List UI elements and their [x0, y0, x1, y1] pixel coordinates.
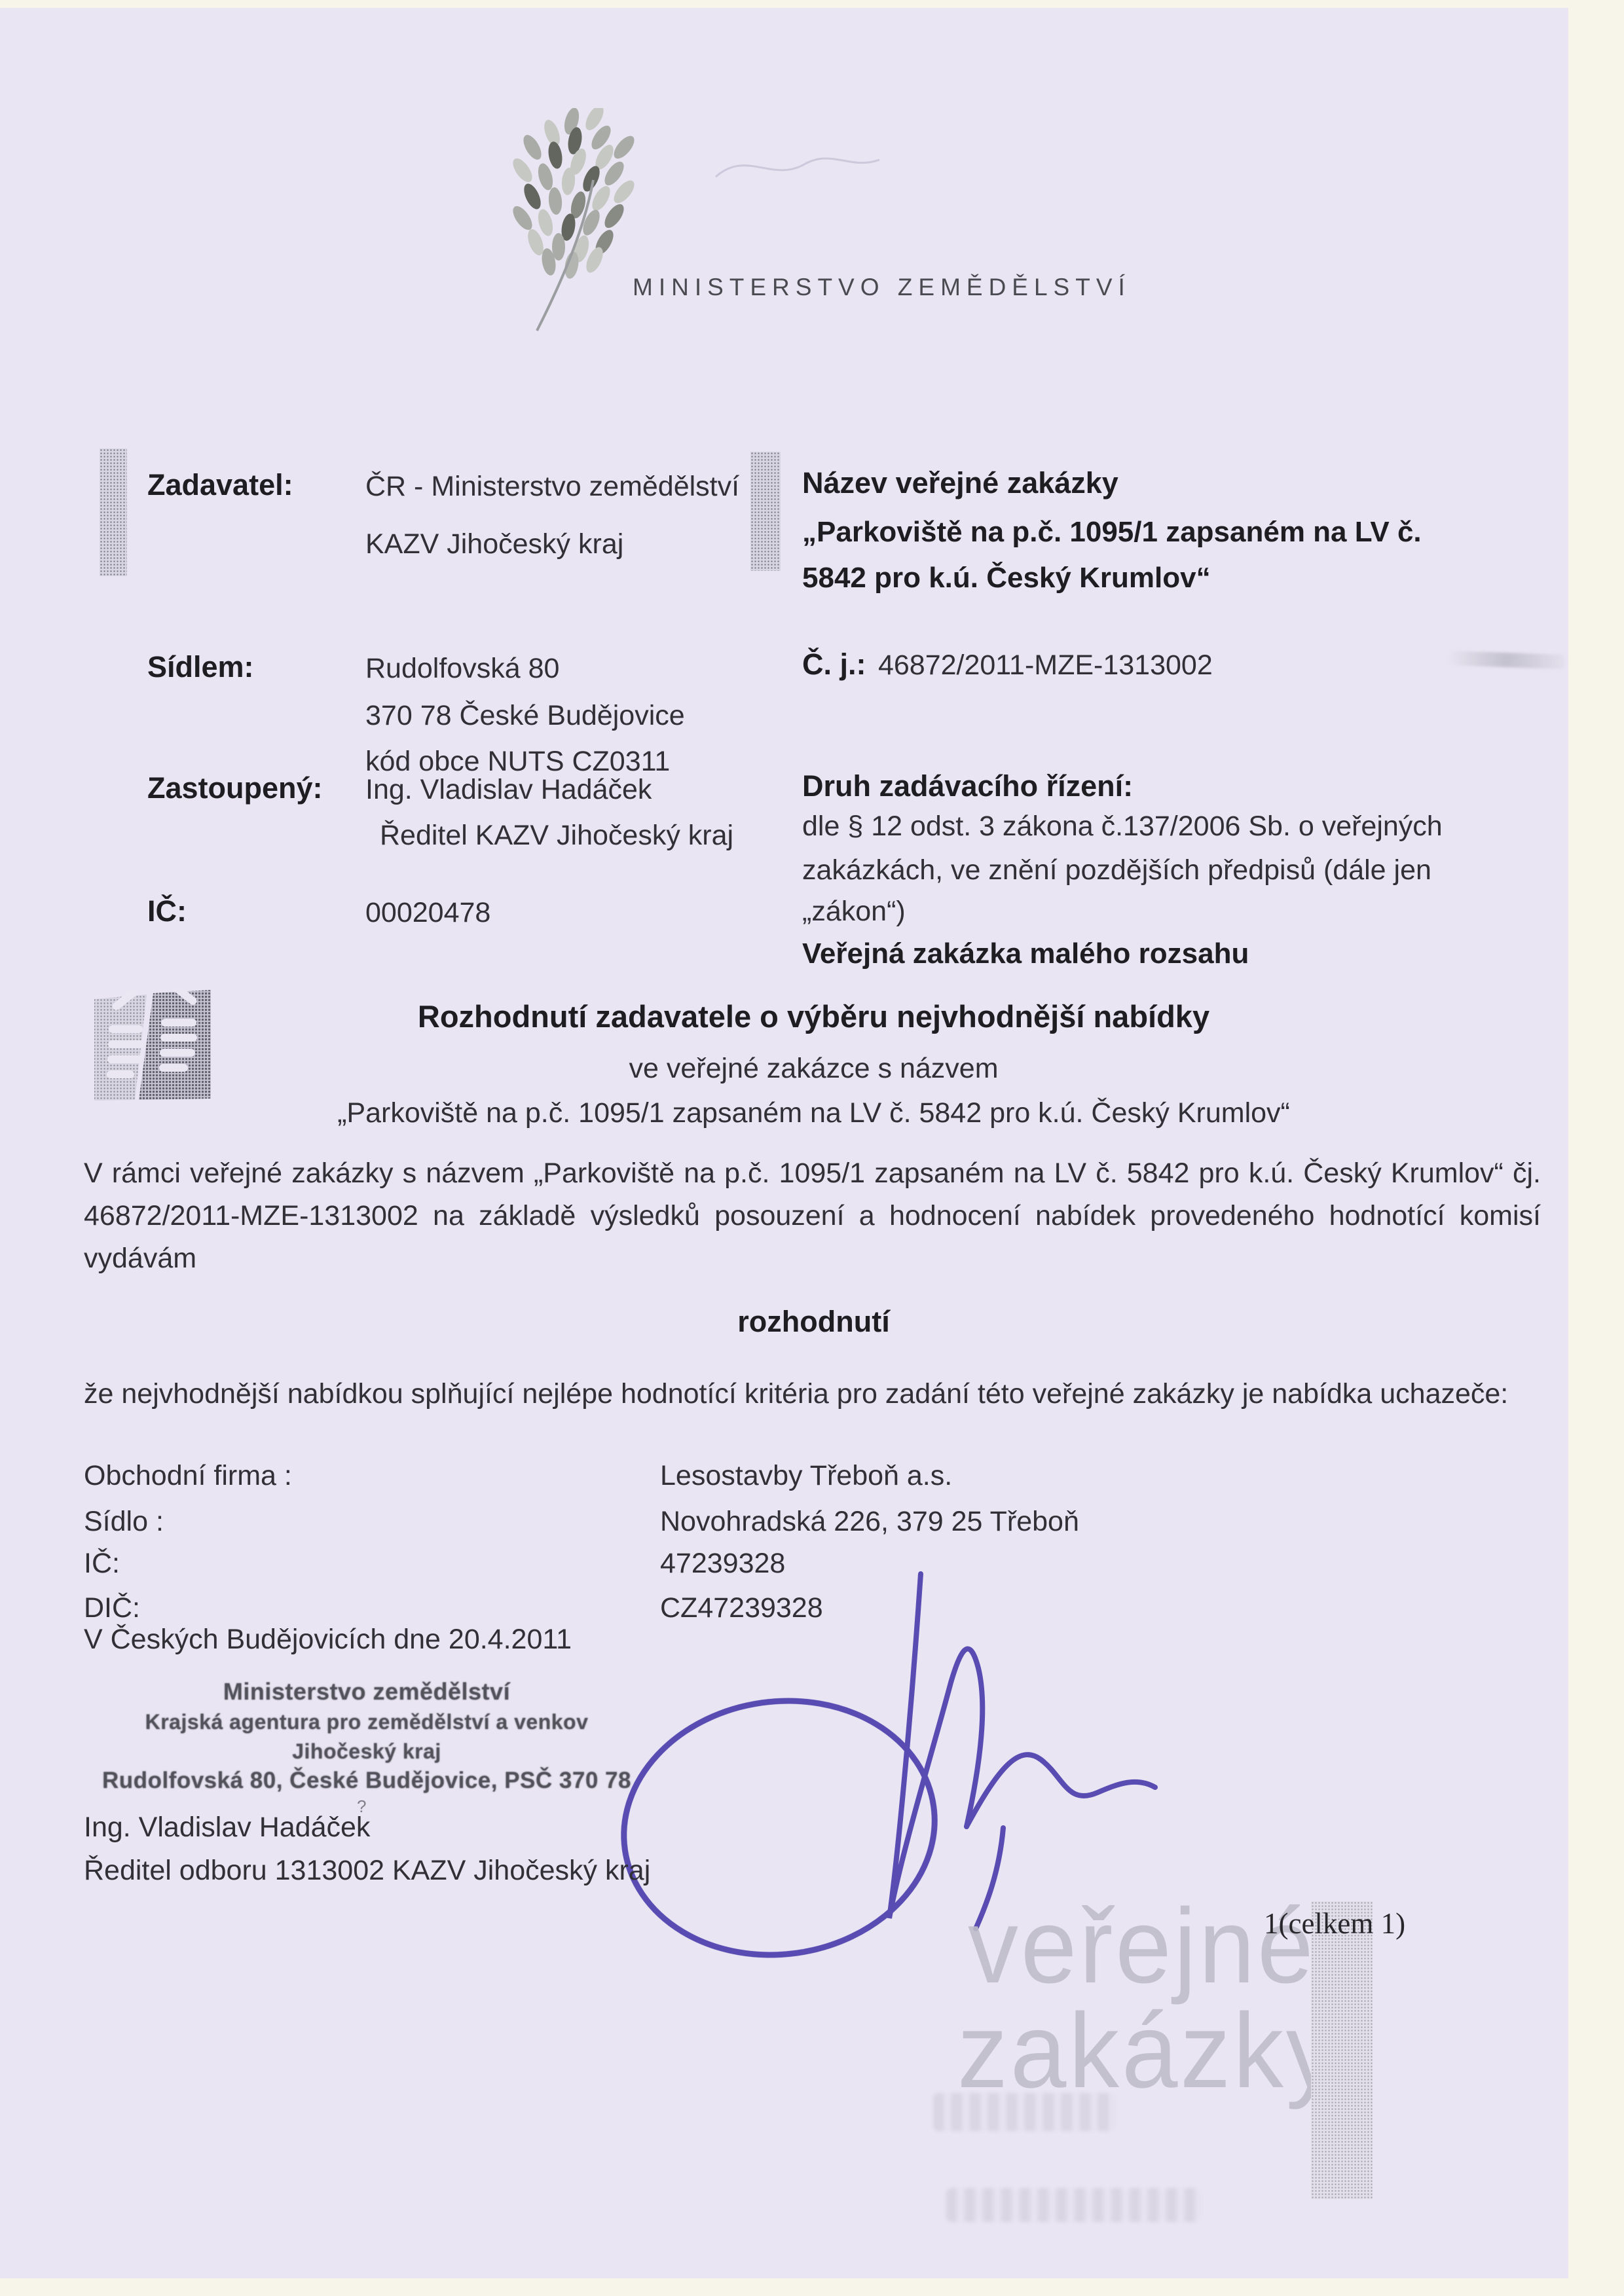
ministry-logo-text: MINISTERSTVO ZEMĚDĚLSTVÍ — [633, 274, 1131, 301]
zastoupeny-line: Ing. Vladislav Hadáček — [365, 774, 652, 806]
left-accent-bar — [100, 448, 127, 576]
ic-value: 00020478 — [365, 897, 490, 929]
stamp-line: Ministerstvo zemědělství — [101, 1678, 632, 1705]
winner-row-label: Sídlo : — [84, 1506, 164, 1538]
sidlem-line: Rudolfovská 80 — [365, 653, 559, 685]
druh-rizeni-label: Druh zadávacího řízení: — [802, 769, 1133, 803]
sidlem-label: Sídlem: — [147, 650, 254, 684]
sidlem-line: kód obce NUTS CZ0311 — [365, 746, 670, 778]
cj-label: Č. j.: — [802, 647, 866, 681]
place-date: V Českých Budějovicích dne 20.4.2011 — [84, 1624, 572, 1656]
scanned-document: { "header": { "logo_text": "MINISTERSTVO… — [0, 0, 1624, 2296]
sidlem-line: 370 78 České Budějovice — [365, 700, 685, 732]
ministry-tree-logo-icon — [509, 108, 640, 338]
ic-label: IČ: — [147, 894, 187, 928]
zastoupeny-line: Ředitel KAZV Jihočeský kraj — [380, 820, 733, 852]
signer-name: Ing. Vladislav Hadáček — [84, 1812, 370, 1844]
winner-row-label: Obchodní firma : — [84, 1460, 292, 1492]
winner-row-value: Lesostavby Třeboň a.s. — [660, 1460, 952, 1492]
druh-rizeni-line: dle § 12 odst. 3 zákona č.137/2006 Sb. o… — [802, 811, 1443, 843]
intro-paragraph: V rámci veřejné zakázky s názvem „Parkov… — [84, 1152, 1541, 1280]
verdict-word: rozhodnutí — [85, 1305, 1542, 1339]
stamp-line: Jihočeský kraj — [101, 1740, 632, 1764]
winner-row-label: DIČ: — [84, 1592, 140, 1624]
winner-row-value: Novohradská 226, 379 25 Třeboň — [660, 1506, 1079, 1538]
zadavatel-label: Zadavatel: — [147, 468, 293, 502]
stamp-line: Rudolfovská 80, České Budějovice, PSČ 37… — [101, 1768, 632, 1794]
watermark-bar — [1311, 1901, 1373, 2199]
right-accent-bar — [750, 452, 781, 571]
nazev-zakazky-line: „Parkoviště na p.č. 1095/1 zapsaném na L… — [802, 516, 1422, 549]
zastoupeny-label: Zastoupený: — [147, 771, 323, 805]
decision-title: Rozhodnutí zadavatele o výběru nejvhodně… — [85, 998, 1542, 1034]
cj-value: 46872/2011-MZE-1313002 — [878, 649, 1213, 681]
stamp-line: Krajská agentura pro zemědělství a venko… — [101, 1710, 632, 1734]
verdict-paragraph: že nejvhodnější nabídkou splňující nejlé… — [84, 1373, 1543, 1415]
winner-row-label: IČ: — [84, 1548, 120, 1580]
zadavatel-line: KAZV Jihočeský kraj — [365, 528, 623, 560]
zakazka-maleho-rozsahu: Veřejná zakázka malého rozsahu — [802, 938, 1249, 970]
nazev-zakazky-line: 5842 pro k.ú. Český Krumlov“ — [802, 562, 1211, 594]
signer-title: Ředitel odboru 1313002 KAZV Jihočeský kr… — [84, 1855, 650, 1887]
druh-rizeni-line: „zákon“) — [802, 896, 906, 928]
decision-subtitle: ve veřejné zakázce s názvem — [85, 1053, 1542, 1085]
druh-rizeni-line: zakázkách, ve znění pozdějších předpisů … — [802, 854, 1431, 886]
document-page: MINISTERSTVO ZEMĚDĚLSTVÍ Zadavatel: ČR -… — [0, 8, 1568, 2278]
faint-smudge — [933, 2093, 1116, 2131]
cislo-jednaci-row: Č. j.: 46872/2011-MZE-1313002 — [802, 647, 1213, 682]
decision-subject: „Parkoviště na p.č. 1095/1 zapsaném na L… — [85, 1097, 1542, 1129]
pencil-scribble-mark — [710, 145, 887, 191]
page-number: 1(celkem 1) — [1264, 1906, 1405, 1941]
zadavatel-line: ČR - Ministerstvo zemědělství — [365, 471, 739, 503]
nazev-zakazky-label: Název veřejné zakázky — [802, 466, 1118, 500]
edge-smudge — [1447, 651, 1566, 669]
watermark-line: veřejné — [968, 1886, 1316, 2007]
faint-smudge — [946, 2188, 1202, 2222]
